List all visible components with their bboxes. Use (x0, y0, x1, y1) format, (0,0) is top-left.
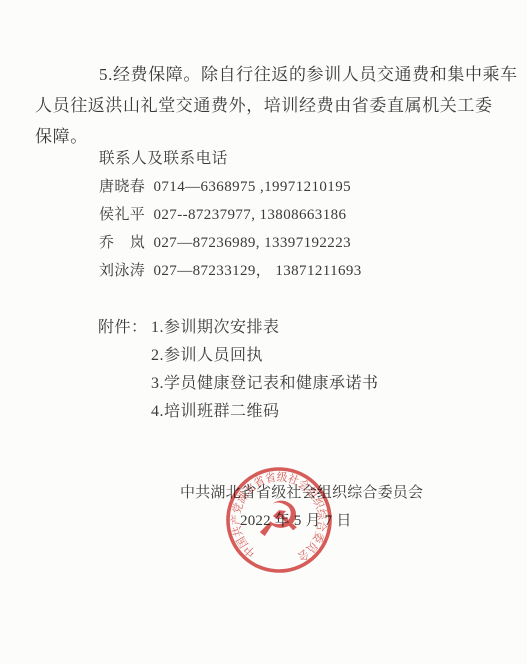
document-page: 5.经费保障。除自行往返的参训人员交通费和集中乘车 人员往返洪山礼堂交通费外，培… (0, 0, 527, 664)
paragraph-line: 人员往返洪山礼堂交通费外，培训经费由省委直属机关工委 (35, 97, 493, 114)
signature-date: 2022 年 5 月 7 日 (240, 514, 352, 529)
attachment-item: 2.参训人员回执 (151, 348, 263, 364)
contact-row: 侯礼平 027--87237977, 13808663186 (99, 208, 346, 223)
attachment-item: 1.参训期次安排表 (151, 320, 280, 336)
paragraph-line: 5.经费保障。除自行往返的参训人员交通费和集中乘车 (99, 66, 518, 83)
contact-row: 乔 岚 027—87236989, 13397192223 (99, 236, 351, 251)
contact-row: 唐晓春 0714—6368975 ,19971210195 (99, 180, 351, 195)
contact-row: 刘泳涛 027—87233129， 13871211693 (99, 264, 362, 279)
signature-organization: 中共湖北省省级社会组织综合委员会 (180, 486, 423, 501)
attachments-label: 附件： (98, 320, 148, 336)
attachment-item: 4.培训班群二维码 (151, 404, 280, 420)
paragraph-line: 保障。 (35, 128, 88, 145)
attachment-item: 3.学员健康登记表和健康承诺书 (151, 376, 379, 392)
contacts-heading: 联系人及联系电话 (99, 151, 228, 167)
